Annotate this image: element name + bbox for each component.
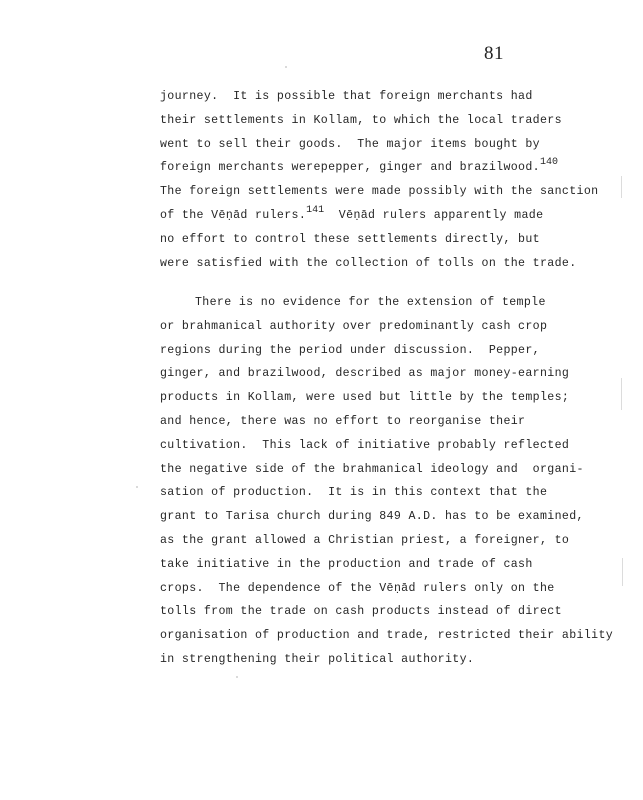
footnote-ref-141: 141	[306, 205, 324, 216]
page-number: 81	[484, 43, 504, 65]
line-text: cultivation. This lack of initiative pro…	[160, 439, 569, 452]
scan-edge-mark	[622, 558, 623, 586]
text-line: the negative side of the brahmanical ide…	[160, 458, 613, 482]
text-line: The foreign settlements were made possib…	[160, 180, 598, 204]
text-line: organisation of production and trade, re…	[160, 624, 613, 648]
footnote-ref-140: 140	[540, 157, 558, 168]
line-text: sation of production. It is in this cont…	[160, 486, 547, 499]
line-text: products in Kollam, were used but little…	[160, 391, 569, 404]
line-text: their settlements in Kollam, to which th…	[160, 114, 562, 127]
text-line: tolls from the trade on cash products in…	[160, 600, 613, 624]
scan-edge-mark	[621, 378, 622, 410]
text-line: grant to Tarisa church during 849 A.D. h…	[160, 505, 613, 529]
text-line: were satisfied with the collection of to…	[160, 252, 598, 276]
line-text: regions during the period under discussi…	[160, 344, 540, 357]
text-line: went to sell their goods. The major item…	[160, 133, 598, 157]
line-text: grant to Tarisa church during 849 A.D. h…	[160, 510, 584, 523]
line-text: or brahmanical authority over predominan…	[160, 320, 547, 333]
line-text: The foreign settlements were made possib…	[160, 185, 598, 198]
text-line: take initiative in the production and tr…	[160, 553, 613, 577]
paragraph-2: There is no evidence for the extension o…	[160, 291, 613, 672]
line-text: went to sell their goods. The major item…	[160, 138, 540, 151]
line-text: and hence, there was no effort to reorga…	[160, 415, 525, 428]
text-line: crops. The dependence of the Vēṇād ruler…	[160, 577, 613, 601]
text-line: foreign merchants werepepper, ginger and…	[160, 156, 598, 180]
text-line: There is no evidence for the extension o…	[160, 291, 613, 315]
line-text: foreign merchants werepepper, ginger and…	[160, 161, 540, 174]
line-text: There is no evidence for the extension o…	[195, 296, 546, 309]
text-line: or brahmanical authority over predominan…	[160, 315, 613, 339]
text-line: of the Vēṇād rulers.141 Vēṇād rulers app…	[160, 204, 598, 228]
text-line: sation of production. It is in this cont…	[160, 481, 613, 505]
line-text: take initiative in the production and tr…	[160, 558, 533, 571]
text-line: in strengthening their political authori…	[160, 648, 613, 672]
line-text: ginger, and brazilwood, described as maj…	[160, 367, 569, 380]
text-line: journey. It is possible that foreign mer…	[160, 85, 598, 109]
line-text: organisation of production and trade, re…	[160, 629, 613, 642]
line-text: the negative side of the brahmanical ide…	[160, 463, 584, 476]
paragraph-1: journey. It is possible that foreign mer…	[160, 85, 598, 275]
line-text: Vēṇād rulers apparently made	[324, 209, 543, 222]
line-text: crops. The dependence of the Vēṇād ruler…	[160, 582, 555, 595]
text-line: products in Kollam, were used but little…	[160, 386, 613, 410]
line-text: journey. It is possible that foreign mer…	[160, 90, 533, 103]
line-text: tolls from the trade on cash products in…	[160, 605, 562, 618]
text-line: ginger, and brazilwood, described as maj…	[160, 362, 613, 386]
text-line: and hence, there was no effort to reorga…	[160, 410, 613, 434]
line-text: in strengthening their political authori…	[160, 653, 474, 666]
line-text: were satisfied with the collection of to…	[160, 257, 577, 270]
text-line: regions during the period under discussi…	[160, 339, 613, 363]
line-text: as the grant allowed a Christian priest,…	[160, 534, 569, 547]
scan-speck	[136, 486, 138, 488]
text-line: no effort to control these settlements d…	[160, 228, 598, 252]
text-line: as the grant allowed a Christian priest,…	[160, 529, 613, 553]
line-text: no effort to control these settlements d…	[160, 233, 540, 246]
scan-speck	[236, 676, 238, 678]
scan-edge-mark	[621, 176, 622, 198]
line-text: of the Vēṇād rulers.	[160, 209, 306, 222]
text-line: cultivation. This lack of initiative pro…	[160, 434, 613, 458]
scan-speck	[285, 66, 287, 68]
text-line: their settlements in Kollam, to which th…	[160, 109, 598, 133]
